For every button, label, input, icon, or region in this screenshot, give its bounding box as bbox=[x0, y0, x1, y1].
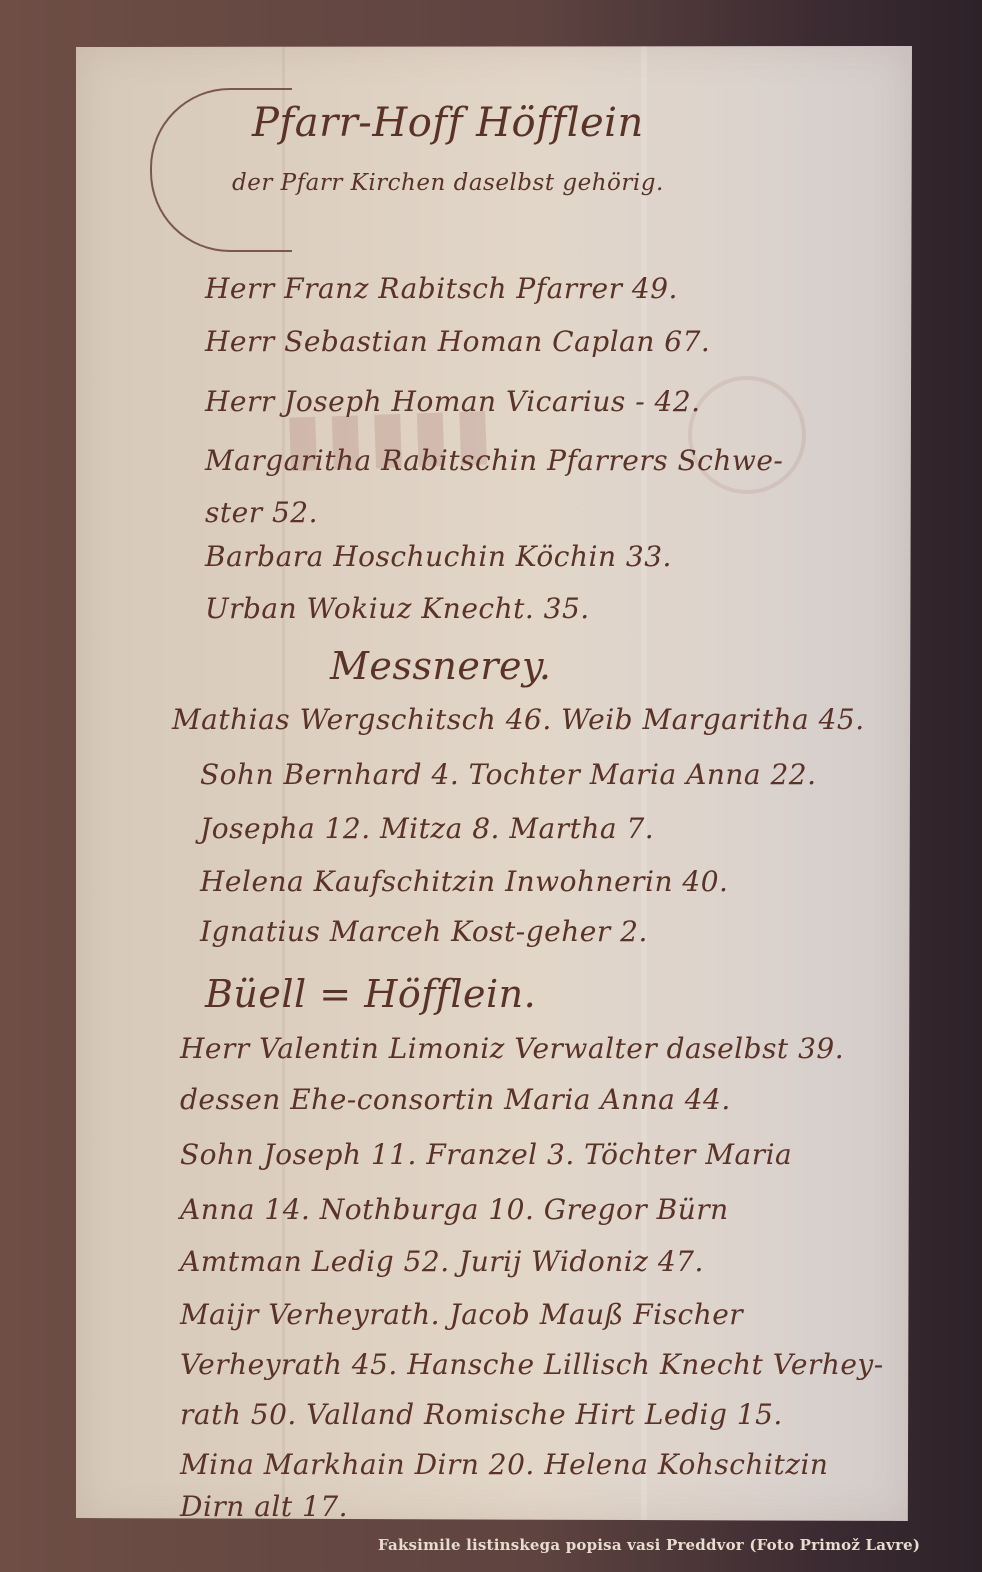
entry-line: Dirn alt 17. bbox=[180, 1490, 348, 1523]
entry-line: Herr Franz Rabitsch Pfarrer 49. bbox=[205, 272, 678, 305]
entry-line: Herr Sebastian Homan Caplan 67. bbox=[205, 325, 710, 358]
section-heading: Messnerey. bbox=[330, 644, 552, 688]
entry-line: Herr Valentin Limoniz Verwalter daselbst… bbox=[180, 1032, 844, 1065]
entry-line: Ignatius Marceh Kost-geher 2. bbox=[200, 915, 648, 948]
document-subtitle: der Pfarr Kirchen daselbst gehörig. bbox=[232, 170, 664, 196]
entry-line: Mina Markhain Dirn 20. Helena Kohschitzi… bbox=[180, 1448, 828, 1481]
photo-frame: ▮▮▮▮▮ Pfarr-Hoff Höfflein der Pfarr Kirc… bbox=[0, 0, 982, 1572]
entry-line: Sohn Bernhard 4. Tochter Maria Anna 22. bbox=[200, 758, 817, 791]
entry-line: Verheyrath 45. Hansche Lillisch Knecht V… bbox=[180, 1348, 884, 1381]
section-heading: Büell = Höfflein. bbox=[205, 972, 536, 1016]
entry-line: Herr Joseph Homan Vicarius - 42. bbox=[205, 385, 701, 418]
entry-line: Anna 14. Nothburga 10. Gregor Bürn bbox=[180, 1193, 729, 1226]
entry-line: Urban Wokiuz Knecht. 35. bbox=[205, 592, 590, 625]
entry-line: Josepha 12. Mitza 8. Martha 7. bbox=[200, 812, 654, 845]
photo-caption: Faksimile listinskega popisa vasi Preddv… bbox=[378, 1536, 920, 1554]
entry-line: Sohn Joseph 11. Franzel 3. Töchter Maria bbox=[180, 1138, 792, 1171]
entry-line: Margaritha Rabitschin Pfarrers Schwe- bbox=[205, 444, 783, 477]
entry-line: Helena Kaufschitzin Inwohnerin 40. bbox=[200, 865, 728, 898]
entry-line: dessen Ehe-consortin Maria Anna 44. bbox=[180, 1083, 731, 1116]
entry-line: Maijr Verheyrath. Jacob Mauß Fischer bbox=[180, 1298, 743, 1331]
entry-line: ster 52. bbox=[205, 496, 318, 529]
entry-line: Amtman Ledig 52. Jurij Widoniz 47. bbox=[180, 1245, 704, 1278]
document-title: Pfarr-Hoff Höfflein bbox=[252, 100, 644, 146]
entry-line: Barbara Hoschuchin Köchin 33. bbox=[205, 540, 672, 573]
entry-line: rath 50. Valland Romische Hirt Ledig 15. bbox=[180, 1398, 783, 1431]
entry-line: Mathias Wergschitsch 46. Weib Margaritha… bbox=[172, 703, 865, 736]
